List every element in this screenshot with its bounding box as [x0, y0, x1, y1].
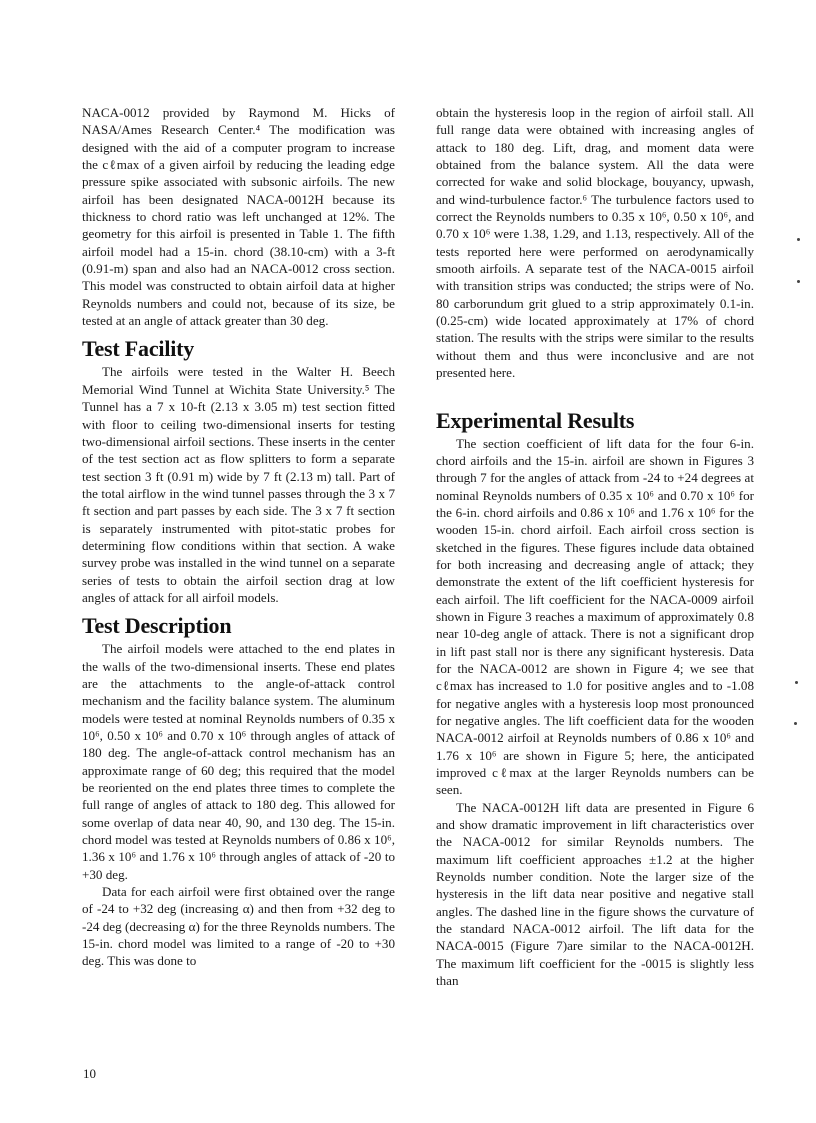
paragraph-continued: obtain the hysteresis loop in the region…	[436, 104, 754, 382]
paragraph-test-description-2: Data for each airfoil were first obtaine…	[82, 883, 395, 970]
paragraph-test-description-1: The airfoil models were attached to the …	[82, 640, 395, 883]
paragraph-intro: NACA-0012 provided by Raymond M. Hicks o…	[82, 104, 395, 329]
paragraph-results-2: The NACA-0012H lift data are presented i…	[436, 799, 754, 990]
paragraph-results-1: The section coefficient of lift data for…	[436, 435, 754, 799]
scan-speck	[797, 280, 800, 283]
heading-test-description: Test Description	[82, 613, 395, 639]
right-column: obtain the hysteresis loop in the region…	[436, 104, 754, 990]
scan-speck	[797, 238, 800, 241]
scan-speck	[795, 681, 798, 684]
page-number: 10	[83, 1066, 96, 1082]
heading-experimental-results: Experimental Results	[436, 408, 754, 434]
paragraph-test-facility: The airfoils were tested in the Walter H…	[82, 363, 395, 606]
scan-speck	[794, 722, 797, 725]
heading-test-facility: Test Facility	[82, 336, 395, 362]
left-column: NACA-0012 provided by Raymond M. Hicks o…	[82, 104, 395, 970]
